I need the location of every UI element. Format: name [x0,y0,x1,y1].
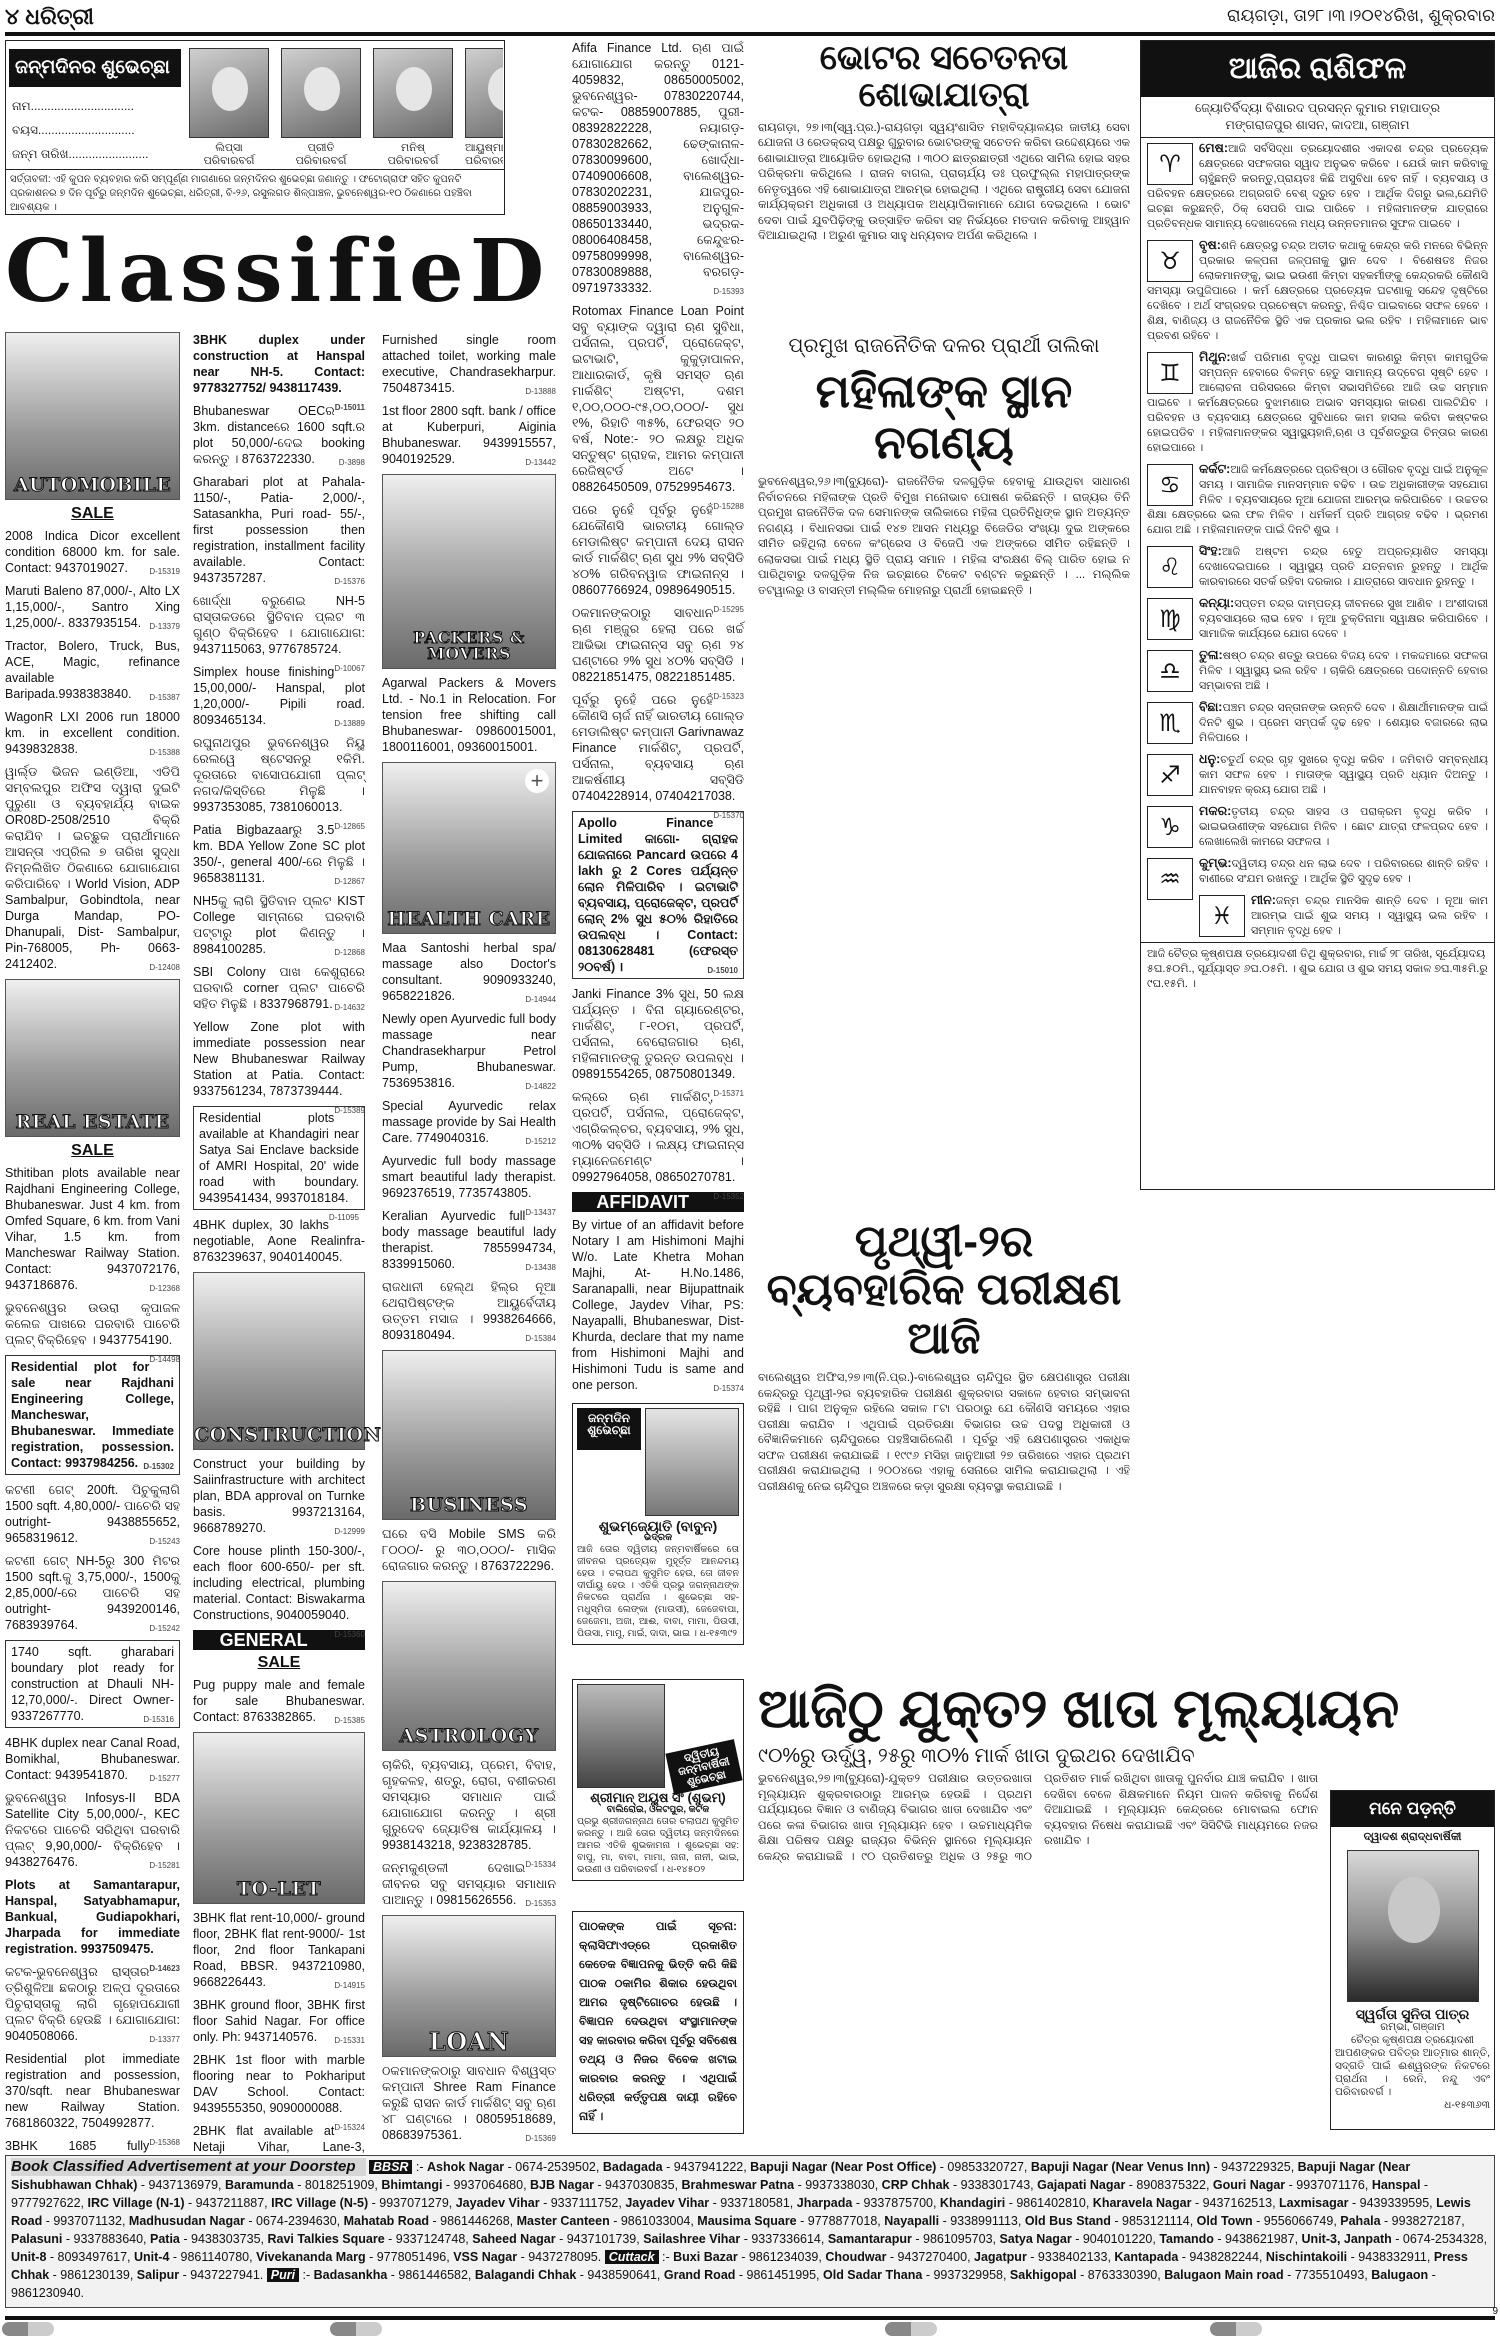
classified-ad: NH5କୁ ଲାଗି ସ୍ଥିତିବାନ ପ୍ଲଟ KIST College ସ… [193,893,365,957]
sign-name: ବୃଷ: [1199,238,1221,252]
kicker: ପ୍ରମୁଖ ରାଜନୈତିକ ଦଳର ପ୍ରାର୍ଥୀ ତାଲିକା [758,335,1130,358]
ad-text: ଭୁବନେଶ୍ୱର ଉଉରା କୃପାଜଳ କଲେଜ ପାଖରେ ଘରବାରି … [5,1301,180,1347]
birthday-ad-2: ଦ୍ୱିତୀୟ ଜନ୍ମବାର୍ଷିକୀ ଶୁଭେଚ୍ଛା ଶ୍ରୀମାନ୍ ଅ… [572,1679,744,1881]
to-let-label: TO-LET [194,1881,364,1897]
booking-location: Master Canteen [517,2214,610,2228]
finance-ads: Afifa Finance Ltd. ଋଣ ପାଇଁ ଯୋଗାଯୋଗ କରନ୍ତ… [572,40,744,1185]
horoscope-sign: ♌ସିଂହ:ଆଜି ଅଷ୍ଟମ ଚନ୍ଦ୍ର ହେତୁ ଅପ୍ରତ୍ୟାଶିତ … [1141,541,1494,593]
packers-movers-label: PACKERS & MOVERS [383,630,555,662]
child-photo [577,1684,665,1788]
horoscope-sign: ♓ମୀନ:ଜନ୍ମ ଚନ୍ଦ୍ର ମାନସିକ ଶାନ୍ତି ଦେବ । ନୂଆ… [1141,890,1494,942]
header-rule [5,32,1495,36]
booking-location: Nayapalli [884,2214,939,2228]
business-ads: ଘରେ ବସି Mobile SMS କରି ୮୦୦୦/- ରୁ ୩୦,୦୦୦/… [382,1526,556,1574]
sale-heading: SALE [193,1655,365,1671]
property-ads: 3BHK duplex under construction at Hanspa… [193,332,365,1265]
ad-text: ପରେ ନୁହେଁ ପୂର୍ବରୁ ନୁହେଁ ଯେକୌଣସି ଭାରତୀୟ ଗ… [572,503,744,597]
health-ads: Maa Santoshi herbal spa/ massage also Do… [382,940,556,1343]
memorial-message: ଆପଣଙ୍କର ପବିତ୍ର ଆତ୍ମାର ଶାନ୍ତି, ସଦ୍‌ଗତି ପା… [1331,2047,1494,2099]
classified-ad: Afifa Finance Ltd. ଋଣ ପାଇଁ ଯୋଗାଯୋଗ କରନ୍ତ… [572,40,744,296]
news-voter-awareness: ଭୋଟର ସଚେତନତା ଶୋଭାଯାତ୍ରା ରାୟଗଡ଼ା, ୨୭।୩(ସ୍… [758,40,1130,245]
classified-logo: ClassifieD [5,222,505,322]
sign-name: ମକର: [1199,804,1231,818]
sign-text: ଆଜି ସର୍ବସିଦ୍ଧା ତ୍ରୟୋଦଶୀର ଏକାଦଶ ଚନ୍ଦ୍ର ପ୍… [1147,143,1488,230]
memorial-header: ମନେ ପଡ଼ନ୍ତି [1331,1791,1494,1827]
ad-code: D-15393 [713,284,744,300]
booking-location: Pahala [1340,2214,1380,2228]
classified-ad: ପରେ ନୁହେଁ ପୂର୍ବରୁ ନୁହେଁ ଯେକୌଣସି ଭାରତୀୟ ଗ… [572,502,744,598]
booking-location: Laxmisagar [1279,2196,1348,2210]
city-label: BBSR [369,2160,412,2174]
booking-location: Saheed Nagar [472,2232,555,2246]
horoscope-panel: ଆଜିର ରାଶିଫଳ ଜ୍ୟୋତିର୍ବିଦ୍ୟା ବିଶାରଦ ପ୍ରସନ୍… [1140,40,1495,1190]
booking-location: Old Sadar Thana [823,2268,922,2282]
classified-ad: 4BHK duplex near Canal Road, Bomikhal, B… [5,1735,180,1783]
classified-ad: Residential plot immediate registration … [5,2051,180,2131]
ad-code: D-13379 [149,619,180,635]
memorial-tithi: ଚୈତ୍ର କୃଷ୍ଣପକ୍ଷ ତ୍ରୟୋଦଶୀ [1331,2034,1494,2047]
sign-text: ପଞ୍ଚମ ଚନ୍ଦ୍ର ସନ୍ତାନଙ୍କ ଉନ୍ନତି ଦେବ । ଶିକ୍… [1199,702,1488,744]
birthday-message: ଆଜି ତୋର ଦ୍ୱିତୀୟ ଜନ୍ମବାର୍ଷିକରେ ତୋ ଜୀବନର ପ… [577,1544,739,1640]
booking-location: Jayadev Vihar [456,2196,540,2210]
ad-text: Gharabari plot at Pahala- 1150/-, Patia-… [193,475,365,585]
dateline: ରାୟଗଡ଼ା, ତା୨୮।୩।୨୦୧୪ରିଖ, ଶୁକ୍ରବାର [1227,6,1495,26]
ad-code: D-12868 [334,945,365,961]
business-label: BUSINESS [383,1497,555,1513]
story-body: ରାୟଗଡ଼ା, ୨୭।୩(ସ୍ୱ.ପ୍ର.)-ରାୟଗଡ଼ା ସ୍ୱୟଂଶାସ… [758,121,1130,245]
sign-name: ତୁଳା: [1199,648,1223,662]
classified-ad: କଲ୍‌ରେ ଋଣ ମାର୍କଶିଟ୍, ପ୍ରପର୍ଟି, ପର୍ସନାଲ, … [572,1089,744,1185]
footer-rule [5,2316,1495,2320]
kid-family: ପରିବାରବର୍ଗ [281,155,361,168]
sign-name: କନ୍ୟା: [1199,596,1234,610]
page-number: 9 [1492,2306,1498,2317]
ad-text: ପୂର୍ବରୁ ନୁହେଁ ପରେ ନୁହେଁ କୌଣସି ଚାର୍ଜ ନାହି… [572,693,744,803]
booking-location: Mahatab Road [344,2214,429,2228]
sign-name: ମିଥୁନ: [1199,350,1230,364]
zodiac-icon: ♊ [1147,352,1193,394]
classified-ad: ରଘୁନାଥପୁର ଭୁବନେଶ୍ୱର ନିୟୁ ରେଲୱେ ଷ୍ଟେସନରୁ … [193,735,365,815]
ad-code: D-3898 [339,455,365,471]
ad-code: D-11095 [329,1210,359,1226]
real-estate-label: REAL ESTATE [6,1114,179,1130]
ad-code: D-13438 [525,1260,556,1276]
sign-text: ଖର୍ଚ୍ଚ ପରିମାଣ ବୃଦ୍ଧି ପାଇବା କାରଣରୁ କିମ୍ବା… [1147,352,1488,454]
ad-text: Ayurvedic full body massage smart beauti… [382,1154,556,1200]
ad-code: D-14822 [525,1079,556,1095]
booking-location: Tamando [1159,2232,1214,2246]
booking-location: Jharpada [797,2196,853,2210]
zodiac-icon: ♎ [1147,650,1193,692]
story-body: ଭୁବନେଶ୍ୱର,୨୬।୩(ବ୍ୟୁରୋ)- ରାଜନୈତିକ ଦଳଗୁଡ଼ି… [758,475,1130,599]
news-women-candidates: ପ୍ରମୁଖ ରାଜନୈତିକ ଦଳର ପ୍ରାର୍ଥୀ ତାଲିକା ମହିଳ… [758,335,1130,599]
ad-code: D-15371 [713,1086,744,1102]
ad-text: ୱାର୍ଲ୍ଡ ଭିଜନ ଇଣ୍ଡିଆ, ଏଡିପି ସମ୍ବଲପୁର ଅଫିସ… [5,765,180,971]
ad-code: D-15353 [525,1896,556,1912]
ad-text: Janki Finance 3% ସୁଧ, 50 ଲକ୍ଷ ପର୍ଯ୍ୟନ୍ତ … [572,987,744,1081]
automobile-banner: AUTOMOBILE [5,332,180,500]
ad-text: Rotomax Finance Loan Point ସବୁ ବ୍ୟାଙ୍କ ଦ… [572,304,744,494]
booking-location: Kharavela Nagar [1093,2196,1192,2210]
zodiac-icon: ♉ [1147,240,1193,282]
city-label: Cuttack [605,2250,659,2264]
sign-name: କର୍କଟ: [1199,462,1230,476]
registration-mark [1210,2322,1262,2336]
headline: ଆଜିଠୁ ଯୁକ୍ତ୨ ଖାତା ମୂଲ୍ୟାୟନ [758,1680,1495,1739]
horoscope-header: ଆଜିର ରାଶିଫଳ [1141,41,1494,97]
zodiac-icon: ♓ [1199,895,1245,937]
headline: ଭୋଟର ସଚେତନତା ଶୋଭାଯାତ୍ରା [758,40,1130,115]
ad-code: D-15288 [713,499,744,515]
astrology-ads: ଚାକିରି, ବ୍ୟବସାୟ, ପ୍ରେମ, ବିବାହ, ଗୃହକଳହ, ଶ… [382,1757,556,1908]
ad-code: D-15368 [149,2135,180,2151]
classified-ad: Rotomax Finance Loan Point ସବୁ ବ୍ୟାଙ୍କ ଦ… [572,303,744,495]
loan-label: LOAN [383,2034,555,2050]
memorial-ad: ମନେ ପଡ଼ନ୍ତି ଦ୍ୱାଦଶ ଶ୍ରାଦ୍ଧବାର୍ଷିକୀ ସ୍ୱର୍… [1330,1790,1495,2130]
booking-location: Jagatpur [974,2250,1027,2264]
classified-ad: WagonR LXI 2006 run 18000 km. in excelle… [5,709,180,757]
ad-code: D-15331 [334,2033,365,2049]
ad-text: Yellow Zone plot with immediate possessi… [193,1020,365,1098]
horoscope-sign: ♋କର୍କଟ:ଆଜି କର୍ମକ୍ଷେତ୍ରରେ ପ୍ରତିଷ୍ଠା ଓ ଗୌର… [1141,459,1494,541]
classified-ad: କଟଣୀ ଗେଟ୍ NH-5ରୁ 300 ମିଟର 1500 sqft.କୁ 3… [5,1553,180,1633]
classified-ad: Gharabari plot at Pahala- 1150/-, Patia-… [193,474,365,586]
ad-code: D-15384 [525,1331,556,1347]
horoscope-byline: ଜ୍ୟୋତିର୍ବିଦ୍ୟା ବିଶାରଦ ପ୍ରସନ୍ନ କୁମାର ମହାପ… [1141,97,1494,138]
column-automobile-realestate: AUTOMOBILE SALE 2008 Indica Dicor excell… [5,332,180,2238]
kid-family: ପରିବାରବର୍ଗ [189,155,269,168]
memorial-place: ରମ୍ଭା, ଗଞ୍ଜାମ [1331,2021,1494,2034]
booking-location: VSS Nagar [453,2250,517,2264]
ad-code: D-13442 [525,455,556,471]
classified-ad: Construct your building by Saiinfrastruc… [193,1456,365,1536]
birthday-ad-1: ଜନ୍ମଦିନ ଶୁଭେଚ୍ଛା ଶୁଭମ୍‌ଜ୍ୟୋତି (ବାବୁନ) ଭଦ… [572,1403,744,1645]
ad-text: Residential plot for sale near Rajdhani … [11,1360,174,1470]
ad-text: କଲ୍‌ରେ ଋଣ ମାର୍କଶିଟ୍, ପ୍ରପର୍ଟି, ପର୍ସନାଲ, … [572,1090,744,1184]
zodiac-icon: ♒ [1147,858,1193,900]
packers-ads: Agarwal Packers & Movers Ltd. - No.1 in … [382,675,556,755]
ad-code: D-15385 [334,1713,365,1729]
ad-code: D-15243 [149,1534,180,1550]
ad-code: D-14944 [525,992,556,1008]
horoscope-sign: ♍କନ୍ୟା:ସପ୍ତମ ଚନ୍ଦ୍ର ଦାମ୍ପତ୍ୟ ଜୀବନରେ ସୁଖ … [1141,593,1494,645]
classified-ad: Sthitiban plots available near Rajdhani … [5,1165,180,1293]
sign-text: ଷଷ୍ଠ ଚନ୍ଦ୍ର ଶତ୍ରୁ ଉପରେ ବିଜୟ ଦେବ । ମକଦ୍ଦମ… [1199,650,1488,692]
classified-ad: ଭୁବନେଶ୍ୱର ଉଉରା କୃପାଜଳ କଲେଜ ପାଖରେ ଘରବାରି … [5,1300,180,1348]
booking-location: Nischintakoili [1266,2250,1347,2264]
booking-location: Ravi Talkies Square [267,2232,384,2246]
health-care-banner: + HEALTH CARE [382,762,556,934]
construction-banner: CONSTRUCTION [193,1272,365,1450]
classified-ad: ଖୋର୍ଦ୍ଧା ବରୁଣେଇ NH-5 ରାସ୍ତାକଡରେ ସ୍ଥିତିବା… [193,593,365,657]
booking-location: Salipur [137,2268,179,2282]
booking-location: Jayadev Vihar [625,2196,709,2210]
column-finance: Afifa Finance Ltd. ଋଣ ପାଇଁ ଯୋଗାଯୋଗ କରନ୍ତ… [572,40,744,2134]
loan-ads: ଠକମାନଙ୍କଠାରୁ ସାବଧାନ ବିଶ୍ୱସ୍ତ କମ୍ପାନୀ Shr… [382,2063,556,2143]
ad-text: ଘରେ ବସି Mobile SMS କରି ୮୦୦୦/- ରୁ ୩୦,୦୦୦/… [382,1527,556,1573]
loan-banner: LOAN [382,1915,556,2057]
sign-text: ଆଜି ଅଷ୍ଟମ ଚନ୍ଦ୍ର ହେତୁ ଅପ୍ରତ୍ୟାଶିତ ସମସ୍ୟା… [1199,546,1488,588]
horoscope-sign: ♈ମେଷ:ଆଜି ସର୍ବସିଦ୍ଧା ତ୍ରୟୋଦଶୀର ଏକାଦଶ ଚନ୍ଦ… [1141,138,1494,235]
affidavit-ad: By virtue of an affidavit before Notary … [572,1217,744,1393]
ad-code: D-15389 [334,1103,365,1119]
classified-ad: 1740 sqft. gharabari boundary plot ready… [5,1640,180,1728]
ad-code: D-10067 [334,661,365,677]
booking-location: Balugaon Main road [1164,2268,1283,2282]
classified-ad: 3BHK duplex under construction at Hanspa… [193,332,365,396]
booking-location: Old Town [1197,2214,1253,2228]
sign-name: ବିଛା: [1199,700,1222,714]
age-field[interactable]: ବୟସ............................. [12,123,135,138]
ad-code: D-15011 [335,400,365,416]
birthday-message: ପ୍ରଭୁ ଶ୍ରୀଜଗନ୍ନାଥ ତୋର ଚଲାପଥ କୁସୁମିତ କରନ୍… [577,1816,739,1876]
horoscope-sign: ♎ତୁଳା:ଷଷ୍ଠ ଚନ୍ଦ୍ର ଶତ୍ରୁ ଉପରେ ବିଜୟ ଦେବ । … [1141,645,1494,697]
sign-name: ମେଷ: [1199,141,1228,155]
classified-ad: Maa Santoshi herbal spa/ massage also Do… [382,940,556,1004]
kid-name: ମନିଷ୍ [373,142,453,155]
booking-location: Samantarapur [828,2232,912,2246]
room-ads: Furnished single room attached toilet, w… [382,332,556,467]
booking-location: Vivekananda Marg [256,2250,366,2264]
classified-ad: Pug puppy male and female for sale Bhuba… [193,1677,365,1725]
city-label: Puri [267,2268,299,2282]
horoscope-sign: ♉ବୃଷ:ଶନି କ୍ଷେତ୍ରସ୍ଥ ଚନ୍ଦ୍ର ଅତୀତ କଥାକୁ କେ… [1141,235,1494,347]
zodiac-icon: ♑ [1147,806,1193,848]
zodiac-icon: ♌ [1147,546,1193,588]
booking-location: Badasankha [314,2268,388,2282]
astrology-banner: ASTROLOGY [382,1581,556,1751]
sign-name: ଧନୁ: [1199,752,1220,766]
dob-field[interactable]: ଜନ୍ମ ତାରିଖ........................ [12,147,149,162]
headline: ପୃଥ୍ୱୀ-୨ର ବ୍ୟବହାରିକ ପରୀକ୍ଷଣ ଆଜି [758,1218,1130,1363]
booking-location: Khandagiri [940,2196,1005,2210]
ad-text: ଖୋର୍ଦ୍ଧା ବରୁଣେଇ NH-5 ରାସ୍ତାକଡରେ ସ୍ଥିତିବା… [193,594,365,656]
booking-location: Satya Nagar [999,2232,1071,2246]
to-let-banner: TO-LET [193,1732,365,1904]
ad-code: D-13377 [149,2032,180,2048]
classified-ad: Core house plinth 150-300/-, each floor … [193,1543,365,1623]
horoscope-sign: ♊ମିଥୁନ:ଖର୍ଚ୍ଚ ପରିମାଣ ବୃଦ୍ଧି ପାଇବା କାରଣରୁ… [1141,347,1494,459]
plus-icon: + [525,769,549,793]
ad-code: D-12408 [149,960,180,976]
kid-name: ଲିପ୍‌ସା [189,142,269,155]
classified-ad: ୱାର୍ଲ୍ଡ ଭିଜନ ଇଣ୍ଡିଆ, ଏଡିପି ସମ୍ବଲପୁର ଅଫିସ… [5,764,180,972]
ad-code: D-15352 [713,1189,744,1205]
booking-location: Unit-8 [11,2250,46,2264]
registration-mark [330,2322,382,2336]
classified-ad: ଚାକିରି, ବ୍ୟବସାୟ, ପ୍ରେମ, ବିବାହ, ଗୃହକଳହ, ଶ… [382,1757,556,1853]
zodiac-icon: ♏ [1147,702,1193,744]
classified-ad: Ayurvedic full body massage smart beauti… [382,1153,556,1201]
ad-code: D-15324 [334,2120,365,2136]
kid-family: ପରିବାରବର୍ଗ [465,155,503,168]
ad-code: D-12867 [334,874,365,890]
ad-code: D-15316 [143,1712,174,1728]
classified-ad: 3BHK flat rent-10,000/- ground floor, 2B… [193,1910,365,1990]
classified-ad: ପୂର୍ବରୁ ନୁହେଁ ପରେ ନୁହେଁ କୌଣସି ଚାର୍ଜ ନାହି… [572,692,744,804]
booking-location: IRC Village (N-5) [271,2196,368,2210]
registration-mark [2,2322,54,2336]
child-name: ଶ୍ରୀମାନ୍ ଅୟୁଷ ସିଂ (ଶୁଭମ୍) [577,1792,739,1804]
ad-code: D-13889 [334,716,365,732]
ad-text: Agarwal Packers & Movers Ltd. - No.1 in … [382,676,556,754]
page-label: ୪ ଧରିତ୍ରୀ [5,4,94,30]
kid-card: ପ୍ରୀତି ପରିବାରବର୍ଗ [281,48,361,168]
ad-code: D-15387 [149,690,180,706]
child-place: ବାଲିରୋଇ, ଓଳଟପୁର, କଟକ [577,1804,739,1816]
horoscope-sign: ♏ବିଛା:ପଞ୍ଚମ ଚନ୍ଦ୍ର ସନ୍ତାନଙ୍କ ଉନ୍ନତି ଦେବ … [1141,697,1494,749]
kid-card: ଲିପ୍‌ସା ପରିବାରବର୍ଗ [189,48,269,168]
column-property: 3BHK duplex under construction at Hanspa… [193,332,365,2210]
general-ads: Pug puppy male and female for sale Bhuba… [193,1677,365,1725]
ad-code: D-12368 [149,1281,180,1297]
classified-ad: Maruti Baleno 87,000/-, Alto LX 1,15,000… [5,583,180,631]
sign-name: ମୀନ: [1251,893,1276,907]
sign-text: ଚତୁର୍ଥ ଚନ୍ଦ୍ର ଗୃହ ସୁଖରେ ବୃଦ୍ଧି କରିବ । ଜମ… [1199,754,1488,796]
zodiac-icon: ♍ [1147,598,1193,640]
ad-code: D-14632 [334,1000,365,1016]
ad-code: D-15370 [713,808,744,824]
booking-centres: Book Classified Advertisement at your Do… [5,2155,1495,2308]
classified-ad: ଠକମାନଙ୍କଠାରୁ ସାବଧାନ ବିଶ୍ୱସ୍ତ କମ୍ପାନୀ Shr… [382,2063,556,2143]
registration-mark [885,2322,937,2336]
classified-ad: Furnished single room attached toilet, w… [382,332,556,396]
anniversary-badge: ଦ୍ୱିତୀୟ ଜନ୍ମବାର୍ଷିକୀ ଶୁଭେଚ୍ଛା [665,1739,742,1795]
kid-family: ପରିବାରବର୍ଗ [373,155,453,168]
booking-location: Brahmeswar Patna [682,2178,795,2192]
ad-text: Sthitiban plots available near Rajdhani … [5,1166,180,1292]
sale-heading: SALE [5,506,180,522]
memorial-code: ଧ-୧୫୩୬୩ [1331,2099,1494,2112]
ad-code: D-15319 [149,564,180,580]
classified-ad: SBI Colony ପାଖ କେଶୁରାରେ ଘରବାରି corner ପ୍… [193,964,365,1012]
birthday-ad-header: ଜନ୍ମଦିନ ଶୁଭେଚ୍ଛା [577,1408,641,1450]
classified-ad: କଟଣୀ ଗେଟ୍ 200ft. ପିଚୁକୁଲାଗି 1500 sqft. 4… [5,1482,180,1546]
horoscope-sign: ♐ଧନୁ:ଚତୁର୍ଥ ଚନ୍ଦ୍ର ଗୃହ ସୁଖରେ ବୃଦ୍ଧି କରିବ… [1141,749,1494,801]
booking-location: Ashok Nagar [427,2160,504,2174]
ad-code: D-13888 [525,384,556,400]
ad-text: Residential plots available at Khandagir… [199,1111,359,1205]
construction-label: CONSTRUCTION [194,1427,364,1443]
classified-ad: Yellow Zone plot with immediate possessi… [193,1019,365,1099]
ad-code: D-15277 [149,1771,180,1787]
business-banner: BUSINESS [382,1350,556,1520]
booking-location: Patia [150,2232,180,2246]
ad-text: ରଘୁନାଥପୁର ଭୁବନେଶ୍ୱର ନିୟୁ ରେଲୱେ ଷ୍ଟେସନରୁ … [193,736,365,814]
booking-location: IRC Village (N-1) [87,2196,184,2210]
classified-ad: Residential plot for sale near Rajdhani … [5,1355,180,1475]
ad-text: 2BHK 1st floor with marble flooring near… [193,2053,365,2115]
sign-name: କୁମ୍ଭ: [1199,856,1232,870]
booking-location: Madhusudan Nagar [129,2214,245,2228]
kid-photo [189,48,269,138]
booking-location: Bapuji Nagar (Near Post Office) [750,2160,936,2174]
booking-location: Palasuni [11,2232,62,2246]
ad-text: Residential plot immediate registration … [5,2052,180,2130]
ad-text: Apollo Finance Limited କାଗୋ- ଗ୍ରାହକ ଯୋଜନ… [578,816,738,974]
zodiac-icon: ♐ [1147,754,1193,796]
ad-text: Core house plinth 150-300/-, each floor … [193,1544,365,1622]
ad-code: D-15242 [149,1621,180,1637]
coupon-header: ଜନ୍ମଦିନର ଶୁଭେଚ୍ଛା [9,49,181,87]
news-prithvi-test: ପୃଥ୍ୱୀ-୨ର ବ୍ୟବହାରିକ ପରୀକ୍ଷଣ ଆଜି ବାଲେଶ୍ୱର… [758,1218,1130,1495]
ad-code: D-14915 [334,1978,365,1994]
kid-name: ଆୟୁଷ୍ମାନ [465,142,503,155]
reader-notice: ପାଠକଙ୍କ ପାଇଁ ସୂଚନା: କ୍ଲାସିଫାଏଡ୍‌ରେ ପ୍ରକା… [572,1911,744,2134]
booking-location: Balugaon [1371,2268,1428,2282]
classified-ad: 3BHK ground floor, 3BHK first floor Sahi… [193,1997,365,2045]
classified-ad: Newly open Ayurvedic full body massage n… [382,1011,556,1091]
ad-code: D-15295 [713,602,744,618]
booking-location: Gajapati Nagar [1037,2178,1125,2192]
kid-photo [373,48,453,138]
booking-location: Hanspal [1372,2178,1421,2192]
booking-location: Baramunda [225,2178,294,2192]
kid-photo [465,48,503,138]
column-services: Furnished single room attached toilet, w… [382,332,556,2150]
booking-location: Bapuji Nagar (Near Venus Inn) [1031,2160,1210,2174]
ad-code: D-15323 [713,689,744,705]
booking-location: Balagandi Chhak [475,2268,576,2282]
health-care-label: HEALTH CARE [383,911,555,927]
name-field[interactable]: ନାମ............................... [12,99,134,114]
panchang-note: ଆଜି ଚୈତ୍ର କୃଷ୍ଣପକ୍ଷ ତ୍ରୟୋଦଶୀ ତିଥି ଶୁକ୍ରବ… [1141,942,1494,996]
booking-location: Mausima Square [697,2214,796,2228]
story-body: ଭୁବନେଶ୍ୱର,୨୭।୩(ବ୍ୟୁରୋ)-ଯୁକ୍ତ୨ ପରୀକ୍ଷାର ଉ… [758,1772,1318,1865]
booking-location: Sakhigopal [1010,2268,1077,2282]
kid-card: ଆୟୁଷ୍ମାନ ପରିବାରବର୍ଗ [465,48,503,168]
coupon-terms: ସର୍ତ୍ତାବଳୀ: ଏହି କୁପନ ବ୍ୟବହାର କରି ସମ୍ପୂର୍… [6,169,504,218]
child-name: ଶୁଭମ୍‌ଜ୍ୟୋତି (ବାବୁନ) [577,1520,739,1532]
memorial-photo [1347,1850,1479,2002]
astrology-label: ASTROLOGY [383,1728,555,1744]
real-estate-banner: REAL ESTATE [5,979,180,1137]
ad-code: D-15281 [149,1858,180,1874]
booking-location: Unit-3, Janpath [1302,2232,1392,2246]
horoscope-signs: ♈ମେଷ:ଆଜି ସର୍ବସିଦ୍ଧା ତ୍ରୟୋଦଶୀର ଏକାଦଶ ଚନ୍ଦ… [1141,138,1494,942]
booking-location: Old Bus Stand [1025,2214,1111,2228]
classified-ad: ରାଜଧାନୀ ହେଲ୍‌ଥ ହିଲ୍‌ର ନୂଆ ଥେରାପିଷ୍ଟଙ୍କ ଆ… [382,1279,556,1343]
ad-text: Plots at Samantarapur, Hanspal, Satyabha… [5,1878,180,1956]
story-body: ବାଲେଶ୍ୱର ଅଫିସ,୨୭।୩(ନି.ପ୍ର.)-ବାଲେଶ୍ୱର ଚାନ… [758,1371,1130,1495]
automobile-ads: 2008 Indica Dicor excellent condition 68… [5,528,180,972]
ad-code: D-15010 [707,963,738,979]
zodiac-icon: ♈ [1147,143,1193,185]
classified-ad: 1st floor 2800 sqft. bank / office at Ku… [382,403,556,467]
ad-code: D-14498 [149,1352,180,1368]
classified-ad: Janki Finance 3% ସୁଧ, 50 ଲକ୍ଷ ପର୍ଯ୍ୟନ୍ତ … [572,986,744,1082]
booking-location: Badagada [603,2160,663,2174]
classified-ad: Apollo Finance Limited କାଗୋ- ଗ୍ରାହକ ଯୋଜନ… [572,811,744,979]
ad-code: D-15302 [143,1459,174,1475]
zodiac-icon: ♋ [1147,464,1193,506]
sign-text: ଜନ୍ମ ଚନ୍ଦ୍ର ମାନସିକ ଶାନ୍ତି ଦେବ । ନୂଆ କାମ … [1251,895,1488,937]
masthead: ୪ ଧରିତ୍ରୀ ରାୟଗଡ଼ା, ତା୨୮।୩।୨୦୧୪ରିଖ, ଶୁକ୍ର… [5,0,1495,32]
ad-code: D-12999 [334,1524,365,1540]
horoscope-sign: ♒କୁମ୍ଭ:ଦ୍ୱିତୀୟ ଚନ୍ଦ୍ର ଧନ ଲାଭ ଦେବ । ପରିବା… [1141,853,1494,890]
kid-name: ପ୍ରୀତି [281,142,361,155]
ad-code: D-15212 [525,1134,556,1150]
sign-name: ସିଂହ: [1199,544,1222,558]
booking-location: Buxi Bazar [673,2250,738,2264]
booking-location: Bhimtangi [381,2178,442,2192]
classified-ad: Special Ayurvedic relax massage provide … [382,1098,556,1146]
subhead: ୯୦%ରୁ ଊର୍ଦ୍ଧ୍ୱ, ୨୫ରୁ ୩୦% ମାର୍କ ଖାତା ଦୁଇଥ… [758,1745,1495,1768]
sign-text: ତୃତୀୟ ଚନ୍ଦ୍ର ସାହସ ଓ ପରାକ୍ରମ ବୃଦ୍ଧି କରିବ … [1199,806,1488,848]
ad-code: D-13437 [525,1205,556,1221]
ad-text: ଚାକିରି, ବ୍ୟବସାୟ, ପ୍ରେମ, ବିବାହ, ଗୃହକଳହ, ଶ… [382,1758,556,1852]
classified-ad: Residential plots available at Khandagir… [193,1106,365,1210]
